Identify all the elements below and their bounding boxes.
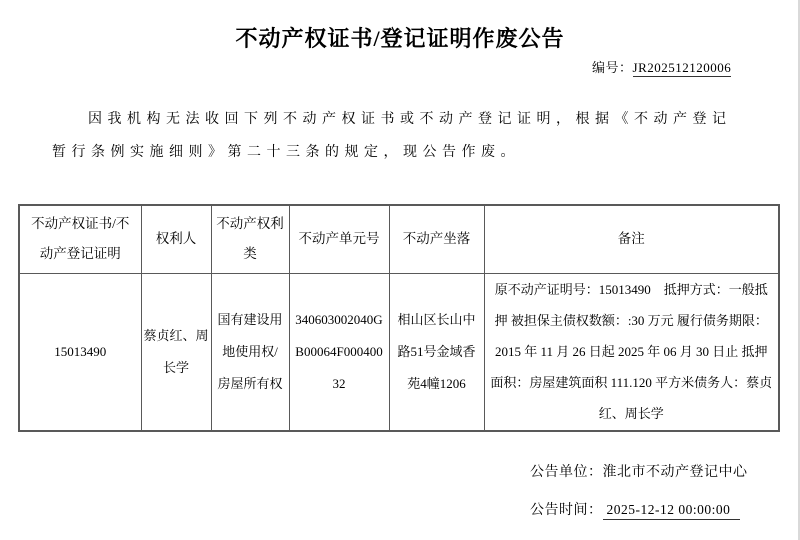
announcement-unit-label: 公告单位： [530,465,603,480]
cell-unit-no: 340603002040GB00064F00040032 [289,273,389,431]
announcement-unit: 公告单位：淮北市不动产登记中心 [530,461,748,481]
announcement-time: 公告时间：2025-12-12 00:00:00 [530,499,740,519]
certificates-table: 不动产权证书/不动产登记证明 权利人 不动产权利类 不动产单元号 不动产坐落 备… [18,204,780,432]
header-right-type: 不动产权利类 [211,205,289,273]
header-remark: 备注 [484,205,779,273]
cell-holder: 蔡贞红、周长学 [141,273,211,431]
header-cert-no: 不动产权证书/不动产登记证明 [19,205,141,273]
doc-number-value: JR202512120006 [633,60,732,77]
cell-cert-no: 15013490 [19,273,141,431]
announcement-time-label: 公告时间： [530,503,603,518]
doc-number-label: 编号： [592,60,633,75]
intro-paragraph: 因我机构无法收回下列不动产权证书或不动产登记证明，根据《不动产登记暂行条例实施细… [52,103,740,169]
table-header-row: 不动产权证书/不动产登记证明 权利人 不动产权利类 不动产单元号 不动产坐落 备… [19,205,779,273]
announcement-time-value: 2025-12-12 00:00:00 [603,502,741,520]
table-row: 15013490 蔡贞红、周长学 国有建设用地使用权/房屋所有权 3406030… [19,273,779,431]
cell-right-type: 国有建设用地使用权/房屋所有权 [211,273,289,431]
header-holder: 权利人 [141,205,211,273]
announcement-page: 不动产权证书/登记证明作废公告 编号：JR202512120006 因我机构无法… [0,0,800,540]
cell-remark: 原不动产证明号：15013490 抵押方式：一般抵押 被担保主债权数额：:30 … [484,273,779,431]
header-unit-no: 不动产单元号 [289,205,389,273]
cell-location: 相山区长山中路51号金域香苑4幢1206 [389,273,484,431]
header-location: 不动产坐落 [389,205,484,273]
doc-number: 编号：JR202512120006 [592,57,731,76]
page-title: 不动产权证书/登记证明作废公告 [0,22,800,53]
announcement-unit-value: 淮北市不动产登记中心 [603,465,748,480]
